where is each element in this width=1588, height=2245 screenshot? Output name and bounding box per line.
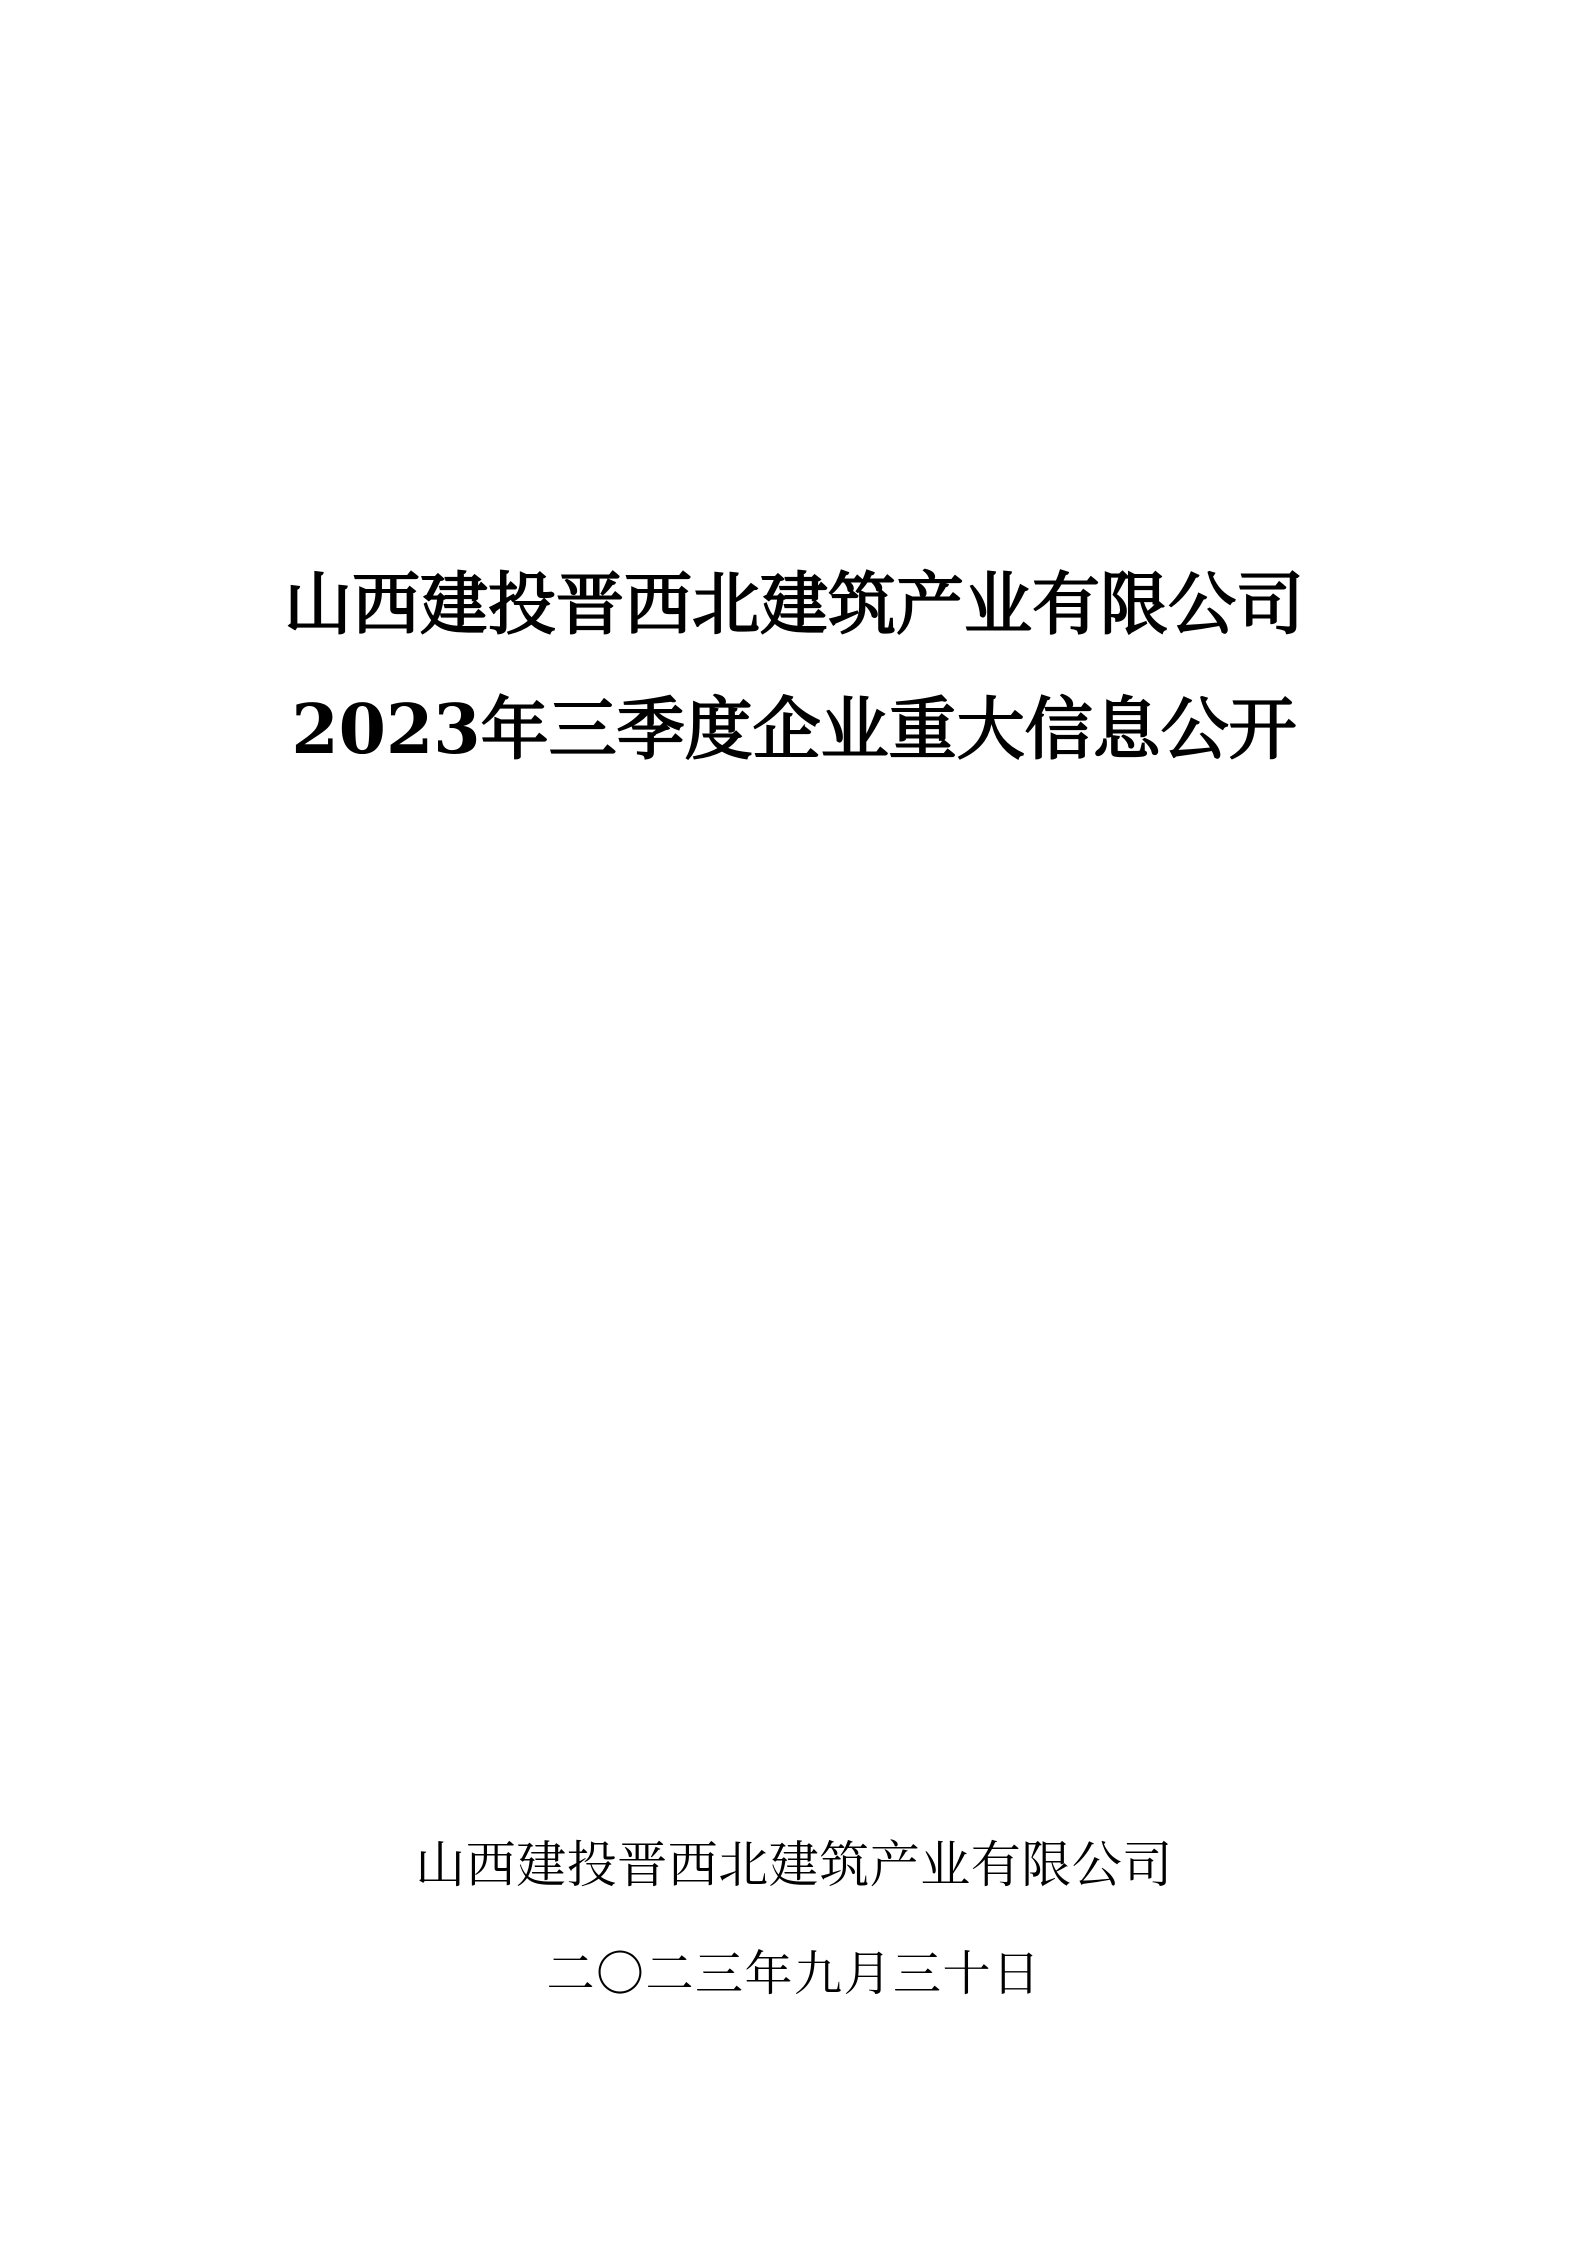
- cover-title-subject: 2023年三季度企业重大信息公开: [0, 696, 1588, 764]
- footer-issue-date: 二〇二三年九月三十日: [0, 1950, 1588, 1998]
- footer-issuer-name: 山西建投晋西北建筑产业有限公司: [0, 1840, 1588, 1890]
- cover-title-company-name: 山西建投晋西北建筑产业有限公司: [0, 571, 1588, 639]
- document-cover-page: 山西建投晋西北建筑产业有限公司 2023年三季度企业重大信息公开 山西建投晋西北…: [0, 0, 1588, 2245]
